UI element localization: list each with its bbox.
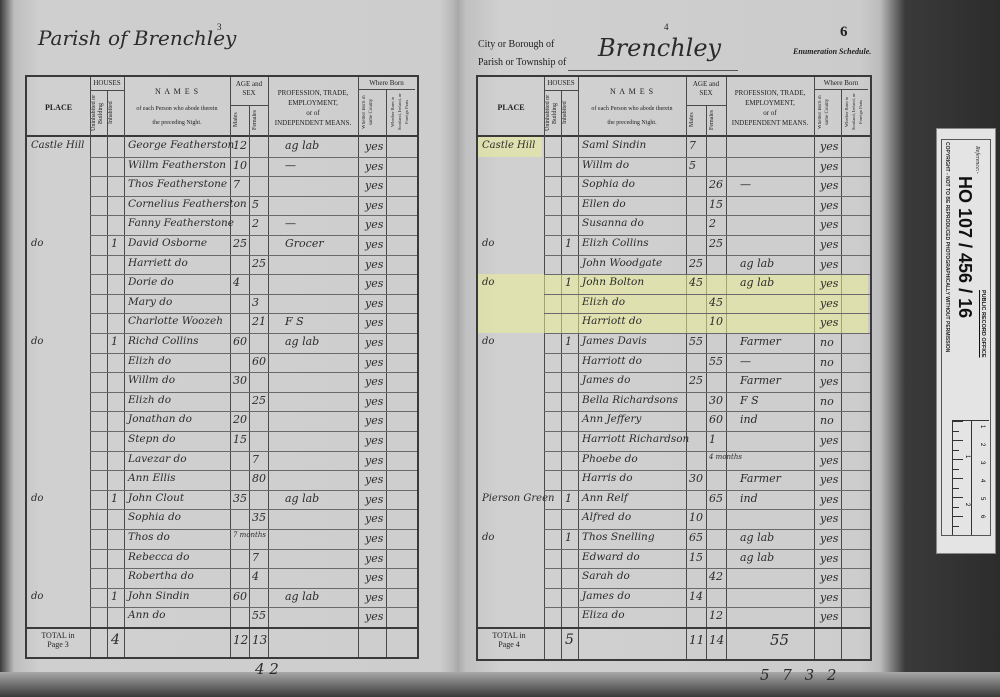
col-same-county: Whether Born in same County xyxy=(361,91,381,133)
table-row: Sophia do35yes xyxy=(27,509,417,529)
table-row: Elizh do25yes xyxy=(27,392,417,412)
female-age-cell: 80 xyxy=(252,472,266,485)
place-cell: Castle Hill xyxy=(482,140,535,151)
reference-strip-frame: Reference:- HO 107 / 456 / 16 PUBLIC REC… xyxy=(941,139,991,536)
schedule-number: 6 xyxy=(840,24,848,41)
col-males: Males xyxy=(689,107,701,133)
name-cell: Stepn do xyxy=(128,433,176,445)
inhabited-cell: 1 xyxy=(111,237,118,250)
born-county-cell: yes xyxy=(365,199,383,212)
total-males: 11 xyxy=(689,633,704,647)
name-cell: Rebecca do xyxy=(128,551,189,563)
ruler-tick xyxy=(953,488,959,489)
female-age-cell: 42 xyxy=(709,570,723,583)
female-age-cell: 65 xyxy=(709,492,723,505)
born-county-cell: yes xyxy=(820,591,838,604)
ruler-tick xyxy=(953,507,959,508)
female-age-cell: 2 xyxy=(709,217,716,230)
col-place: PLACE xyxy=(478,103,544,112)
name-cell: John Bolton xyxy=(582,276,644,288)
col-males: Males xyxy=(233,107,245,133)
reference-label: Reference:- xyxy=(974,146,980,174)
col-profession-2: EMPLOYMENT, xyxy=(268,99,358,108)
table-row: Eliza do12yes xyxy=(478,607,870,627)
table-row: Cornelius Featherston5yes xyxy=(27,196,417,216)
female-age-cell: 2 xyxy=(252,217,259,230)
ruler-tick xyxy=(953,450,959,451)
table-row: do1Elizh Collins25yes xyxy=(478,235,870,255)
born-county-cell: yes xyxy=(365,591,383,604)
total-divider xyxy=(27,627,417,629)
col-profession: PROFESSION, TRADE, xyxy=(726,89,814,98)
name-cell: Bella Richardsons xyxy=(582,394,678,406)
male-age-cell: 35 xyxy=(233,492,247,505)
right-page-number: 4 xyxy=(664,22,669,32)
col-females: Females xyxy=(252,107,264,133)
born-county-cell: yes xyxy=(820,512,838,525)
name-cell: Dorie do xyxy=(128,276,174,288)
ruler-tick xyxy=(953,440,963,441)
city-label: City or Borough of xyxy=(478,39,554,50)
male-age-cell: 65 xyxy=(689,531,703,544)
born-county-cell: yes xyxy=(365,395,383,408)
inhabited-cell: 1 xyxy=(111,335,118,348)
page-edge-shadow xyxy=(0,672,1000,697)
born-county-cell: yes xyxy=(820,571,838,584)
female-age-cell: 60 xyxy=(252,355,266,368)
ruler-cm-label: 6 xyxy=(979,515,985,518)
col-houses: HOUSES xyxy=(544,79,578,88)
table-row: Sarah do42yes xyxy=(478,568,870,588)
table-row: Phoebe do4 monthsyes xyxy=(478,451,870,471)
table-row: Lavezar do7yes xyxy=(27,451,417,471)
born-county-cell: yes xyxy=(365,277,383,290)
name-cell: Ann Jeffery xyxy=(582,413,641,425)
table-row: do1John Sindin60ag labyes xyxy=(27,588,417,608)
name-cell: Susanna do xyxy=(582,217,644,229)
male-age-cell: 7 xyxy=(233,178,240,191)
table-row: Elizh do45yes xyxy=(478,294,870,314)
scale-ruler: 12345612 xyxy=(952,420,989,535)
place-cell: do xyxy=(482,277,494,288)
name-cell: Sophia do xyxy=(582,178,635,190)
name-cell: Elizh do xyxy=(128,394,171,406)
table-row: Castle HillSaml Sindin7yes xyxy=(478,137,870,157)
male-age-cell: 10 xyxy=(233,159,247,172)
female-age-cell: 25 xyxy=(252,394,266,407)
table-row: Harriott do10yes xyxy=(478,313,870,333)
name-cell: Harriott Richardson xyxy=(582,433,689,445)
col-same-county: Whether Born in same County xyxy=(817,91,837,133)
male-age-cell: 10 xyxy=(689,511,703,524)
name-cell: James Davis xyxy=(582,335,647,347)
born-county-cell: yes xyxy=(365,238,383,251)
name-cell: Willm do xyxy=(128,374,175,386)
born-county-cell: yes xyxy=(820,532,838,545)
ruler-tick xyxy=(953,469,959,470)
occupation-cell: ag lab xyxy=(740,531,774,544)
born-county-cell: yes xyxy=(820,238,838,251)
female-age-cell: 1 xyxy=(709,433,716,446)
female-age-cell: 30 xyxy=(709,394,723,407)
right-table-header: PLACE HOUSES Uninhabited or Building Inh… xyxy=(478,77,870,137)
occupation-cell: ag lab xyxy=(285,139,319,152)
name-cell: Elizh do xyxy=(582,296,625,308)
name-cell: Charlotte Woozeh xyxy=(128,315,223,327)
male-age-cell: 25 xyxy=(689,257,703,270)
male-age-cell: 30 xyxy=(233,374,247,387)
female-age-cell: 35 xyxy=(252,511,266,524)
table-row: Elizh do60yes xyxy=(27,353,417,373)
name-cell: Ann do xyxy=(128,609,166,621)
reference-strip: Reference:- HO 107 / 456 / 16 PUBLIC REC… xyxy=(936,128,996,554)
col-names-sub2: the preceding Night. xyxy=(124,119,230,128)
place-cell: Pierson Green xyxy=(482,493,554,504)
born-county-cell: yes xyxy=(820,493,838,506)
ruler-cm-label: 3 xyxy=(979,461,985,464)
total-page-label: Page 3 xyxy=(29,640,87,649)
name-cell: David Osborne xyxy=(128,237,207,249)
parish-value: Brenchley xyxy=(598,34,721,62)
table-row: Charlotte Woozeh21F Syes xyxy=(27,313,417,333)
born-county-cell: yes xyxy=(820,610,838,623)
table-row: Willm do5yes xyxy=(478,157,870,177)
born-county-cell: yes xyxy=(365,140,383,153)
name-cell: John Sindin xyxy=(128,590,190,602)
occupation-cell: Farmer xyxy=(740,472,781,485)
female-age-cell: 10 xyxy=(709,315,723,328)
female-age-cell: 21 xyxy=(252,315,266,328)
table-row: do1John Clout35ag labyes xyxy=(27,490,417,510)
table-row: Willm Featherston10—yes xyxy=(27,157,417,177)
total-divider xyxy=(478,627,870,629)
name-cell: Ann Relf xyxy=(582,492,628,504)
col-where-born: Where Born xyxy=(358,79,415,88)
inhabited-cell: 1 xyxy=(565,335,572,348)
table-row: Harriett do25yes xyxy=(27,255,417,275)
table-row: Robertha do4yes xyxy=(27,568,417,588)
right-census-table: PLACE HOUSES Uninhabited or Building Inh… xyxy=(476,75,872,661)
total-page-label: Page 4 xyxy=(480,640,538,649)
ruler-tick xyxy=(953,459,963,460)
table-row: Ann do55yes xyxy=(27,607,417,627)
female-age-cell: 25 xyxy=(709,237,723,250)
name-cell: James do xyxy=(582,590,630,602)
col-age-sex: AGE and SEX xyxy=(230,80,268,98)
col-profession-3: or of xyxy=(268,109,358,118)
table-row: Mary do3yes xyxy=(27,294,417,314)
col-profession-3: or of xyxy=(726,109,814,118)
col-females: Females xyxy=(709,107,721,133)
inhabited-cell: 1 xyxy=(565,492,572,505)
male-age-cell: 4 xyxy=(233,276,240,289)
col-profession-4: INDEPENDENT MEANS. xyxy=(268,119,358,128)
table-row: Sophia do26—yes xyxy=(478,176,870,196)
female-age-cell: 55 xyxy=(709,355,723,368)
name-cell: George Featherston xyxy=(128,139,234,151)
occupation-cell: — xyxy=(285,217,296,230)
male-age-cell: 12 xyxy=(233,139,247,152)
born-county-cell: yes xyxy=(365,473,383,486)
occupation-cell: F S xyxy=(740,394,759,407)
col-uninhabited: Uninhabited or Building xyxy=(91,93,105,133)
born-county-cell: yes xyxy=(820,473,838,486)
male-age-cell: 14 xyxy=(689,590,703,603)
name-cell: Harris do xyxy=(582,472,633,484)
place-cell: do xyxy=(31,238,43,249)
female-age-cell: 4 xyxy=(252,570,259,583)
born-county-cell: yes xyxy=(365,532,383,545)
born-county-cell: no xyxy=(820,414,834,427)
table-row: Willm do30yes xyxy=(27,372,417,392)
occupation-cell: Farmer xyxy=(740,335,781,348)
name-cell: Thos do xyxy=(128,531,170,543)
ruler-tick xyxy=(953,478,963,479)
ruler-tick xyxy=(953,526,959,527)
ruler-tick xyxy=(953,497,963,498)
born-county-cell: yes xyxy=(365,258,383,271)
female-age-cell: 12 xyxy=(709,609,723,622)
born-county-cell: yes xyxy=(365,493,383,506)
col-profession-2: EMPLOYMENT, xyxy=(726,99,814,108)
female-age-cell: 3 xyxy=(252,296,259,309)
name-cell: Alfred do xyxy=(582,511,631,523)
table-row: Jonathan do20yes xyxy=(27,411,417,431)
occupation-cell: F S xyxy=(285,315,304,328)
place-cell: do xyxy=(31,591,43,602)
inhabited-cell: 1 xyxy=(565,237,572,250)
table-row: Pierson Green1Ann Relf65indyes xyxy=(478,490,870,510)
born-county-cell: yes xyxy=(365,218,383,231)
female-age-cell: 60 xyxy=(709,413,723,426)
total-females: 14 xyxy=(709,633,724,647)
name-cell: Willm Featherston xyxy=(128,159,226,171)
female-age-cell: 7 xyxy=(252,551,259,564)
table-row: Ann Jeffery60indno xyxy=(478,411,870,431)
total-label: TOTAL in xyxy=(29,631,87,640)
born-county-cell: yes xyxy=(820,199,838,212)
name-cell: Ann Ellis xyxy=(128,472,176,484)
born-county-cell: yes xyxy=(365,434,383,447)
born-county-cell: yes xyxy=(365,160,383,173)
born-county-cell: yes xyxy=(365,336,383,349)
name-cell: Phoebe do xyxy=(582,453,638,465)
table-row: do1James Davis55Farmerno xyxy=(478,333,870,353)
born-county-cell: yes xyxy=(365,610,383,623)
total-inhabited: 5 xyxy=(565,632,574,648)
male-age-cell: 25 xyxy=(689,374,703,387)
occupation-cell: ind xyxy=(740,492,758,505)
left-page-heading: Parish of Brenchley xyxy=(38,26,236,50)
name-cell: Saml Sindin xyxy=(582,139,646,151)
right-footer-note: 5 7 3 2 xyxy=(760,666,840,684)
place-cell: Castle Hill xyxy=(31,140,84,151)
ruler-inch-label: 2 xyxy=(964,503,970,506)
name-cell: Willm do xyxy=(582,159,629,171)
table-row: Fanny Featherstone2—yes xyxy=(27,215,417,235)
ruler-inch-label: 1 xyxy=(964,455,970,458)
table-row: Stepn do15yes xyxy=(27,431,417,451)
table-row: Ann Ellis80yes xyxy=(27,470,417,490)
born-county-cell: yes xyxy=(820,218,838,231)
name-cell: Harriott do xyxy=(582,355,642,367)
male-age-cell: 45 xyxy=(689,276,703,289)
reference-number: HO 107 / 456 / 16 xyxy=(954,176,975,318)
born-county-cell: yes xyxy=(820,552,838,565)
table-row: Harriott do55—no xyxy=(478,353,870,373)
place-cell: do xyxy=(482,238,494,249)
male-age-cell: 20 xyxy=(233,413,247,426)
inhabited-cell: 1 xyxy=(111,590,118,603)
table-row: Harris do30Farmeryes xyxy=(478,470,870,490)
name-cell: Robertha do xyxy=(128,570,194,582)
name-cell: Lavezar do xyxy=(128,453,187,465)
col-names-sub1: of each Person who abode therein xyxy=(124,105,230,114)
col-inhabited: Inhabited xyxy=(108,93,122,133)
table-row: Dorie do4yes xyxy=(27,274,417,294)
born-county-cell: yes xyxy=(820,297,838,310)
female-age-cell: 45 xyxy=(709,296,723,309)
born-county-cell: yes xyxy=(365,414,383,427)
col-names-sub1: of each Person who abode therein xyxy=(578,105,686,114)
born-county-cell: yes xyxy=(820,160,838,173)
table-row: Susanna do2yes xyxy=(478,215,870,235)
name-cell: Sophia do xyxy=(128,511,181,523)
table-row: do1John Bolton45ag labyes xyxy=(478,274,870,294)
occupation-cell: ag lab xyxy=(285,492,319,505)
inhabited-cell: 1 xyxy=(111,492,118,505)
male-age-cell: 7 xyxy=(689,139,696,152)
place-cell: do xyxy=(31,493,43,504)
occupation-cell: ag lab xyxy=(740,257,774,270)
total-females: 13 xyxy=(252,633,267,647)
place-cell: do xyxy=(482,532,494,543)
name-cell: John Woodgate xyxy=(582,257,662,269)
occupation-cell: — xyxy=(740,178,751,191)
female-age-cell: 7 xyxy=(252,453,259,466)
parish-label: Parish or Township of xyxy=(478,57,566,68)
table-row: John Woodgate25ag labyes xyxy=(478,255,870,275)
table-row: do1David Osborne25Groceryes xyxy=(27,235,417,255)
male-age-cell: 7 months xyxy=(233,531,266,539)
occupation-cell: — xyxy=(740,355,751,368)
table-row: Thos do7 monthsyes xyxy=(27,529,417,549)
table-row: Harriott Richardson1yes xyxy=(478,431,870,451)
table-row: Thos Featherstone7yes xyxy=(27,176,417,196)
occupation-cell: Farmer xyxy=(740,374,781,387)
born-county-cell: yes xyxy=(820,258,838,271)
table-row: Rebecca do7yes xyxy=(27,549,417,569)
left-census-table: PLACE HOUSES Uninhabited or Building Inh… xyxy=(25,75,419,659)
name-cell: Cornelius Featherston xyxy=(128,198,247,210)
born-county-cell: no xyxy=(820,356,834,369)
name-cell: Richd Collins xyxy=(128,335,199,347)
occupation-cell: Grocer xyxy=(285,237,324,250)
name-cell: Mary do xyxy=(128,296,172,308)
col-uninhabited: Uninhabited or Building xyxy=(545,93,559,133)
col-scotland: Whether Born in Scotland, Ireland, or Fo… xyxy=(389,91,411,133)
copyright-notice: COPYRIGHT - NOT TO BE REPRODUCED PHOTOGR… xyxy=(944,142,950,532)
col-profession-4: INDEPENDENT MEANS. xyxy=(726,119,814,128)
born-county-cell: yes xyxy=(820,375,838,388)
born-county-cell: yes xyxy=(820,454,838,467)
female-age-cell: 5 xyxy=(252,198,259,211)
total-occupation-tally: 55 xyxy=(770,631,789,649)
female-age-cell: 25 xyxy=(252,257,266,270)
col-names: N A M E S xyxy=(124,87,230,96)
table-row: Edward do15ag labyes xyxy=(478,549,870,569)
female-age-cell: 55 xyxy=(252,609,266,622)
name-cell: John Clout xyxy=(128,492,184,504)
name-cell: Fanny Featherstone xyxy=(128,217,234,229)
born-county-cell: no xyxy=(820,336,834,349)
name-cell: Elizh do xyxy=(128,355,171,367)
parish-underline xyxy=(568,70,738,71)
table-row: do1Thos Snelling65ag labyes xyxy=(478,529,870,549)
table-row: do1Richd Collins60ag labyes xyxy=(27,333,417,353)
born-county-cell: yes xyxy=(365,179,383,192)
born-county-cell: yes xyxy=(820,179,838,192)
col-names-sub2: the preceding Night. xyxy=(578,119,686,128)
female-age-cell: 4 months xyxy=(709,453,742,461)
col-where-born: Where Born xyxy=(814,79,868,88)
col-age-sex: AGE and SEX xyxy=(686,80,726,98)
born-county-cell: yes xyxy=(365,375,383,388)
occupation-cell: ind xyxy=(740,413,758,426)
born-county-cell: yes xyxy=(365,297,383,310)
table-row: Alfred do10yes xyxy=(478,509,870,529)
total-inhabited: 4 xyxy=(111,632,120,648)
name-cell: Eliza do xyxy=(582,609,625,621)
table-row: Castle HillGeorge Featherston12ag labyes xyxy=(27,137,417,157)
name-cell: Elizh Collins xyxy=(582,237,649,249)
occupation-cell: ag lab xyxy=(740,276,774,289)
col-scotland: Whether Born in Scotland, Ireland, or Fo… xyxy=(843,91,865,133)
place-cell: do xyxy=(31,336,43,347)
name-cell: Harriott do xyxy=(582,315,642,327)
born-county-cell: yes xyxy=(365,552,383,565)
name-cell: Thos Snelling xyxy=(582,531,655,543)
born-county-cell: yes xyxy=(820,316,838,329)
table-row: James do25Farmeryes xyxy=(478,372,870,392)
occupation-cell: ag lab xyxy=(285,590,319,603)
born-county-cell: yes xyxy=(365,571,383,584)
table-row: Bella Richardsons30F Sno xyxy=(478,392,870,412)
col-names: N A M E S xyxy=(578,87,686,96)
inhabited-cell: 1 xyxy=(565,276,572,289)
col-inhabited: Inhabited xyxy=(562,93,576,133)
male-age-cell: 60 xyxy=(233,590,247,603)
total-males: 12 xyxy=(233,633,248,647)
ruler-cm-label: 2 xyxy=(979,443,985,446)
ruler-cm-label: 4 xyxy=(979,479,985,482)
schedule-label: Enumeration Schedule. xyxy=(793,47,871,56)
female-age-cell: 15 xyxy=(709,198,723,211)
ruler-tick xyxy=(953,431,959,432)
left-footer-note: 4 2 xyxy=(255,660,279,678)
male-age-cell: 55 xyxy=(689,335,703,348)
name-cell: Sarah do xyxy=(582,570,630,582)
occupation-cell: ag lab xyxy=(740,551,774,564)
table-row: James do14yes xyxy=(478,588,870,608)
col-houses: HOUSES xyxy=(90,79,124,88)
name-cell: James do xyxy=(582,374,630,386)
male-age-cell: 25 xyxy=(233,237,247,250)
ruler-tick xyxy=(953,516,963,517)
table-row: Ellen do15yes xyxy=(478,196,870,216)
total-label: TOTAL in xyxy=(480,631,538,640)
ruler-tick xyxy=(953,421,963,422)
